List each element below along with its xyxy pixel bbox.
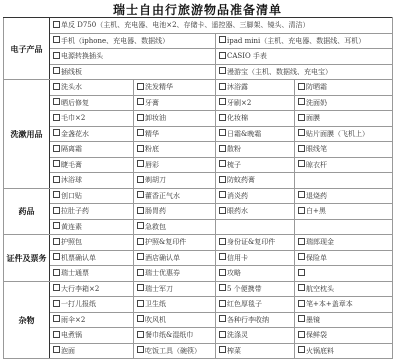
- item-label: 白+黑: [306, 207, 326, 215]
- item-label: 退烧药: [306, 192, 327, 200]
- item-label: 一打儿报纸: [61, 300, 96, 308]
- checkbox-icon[interactable]: [298, 284, 305, 291]
- checklist-row: 金盏花水精华日霜&晚霜贴片面膜（飞机上）: [4, 126, 393, 142]
- checkbox-icon[interactable]: [53, 36, 60, 43]
- checkbox-icon[interactable]: [53, 222, 60, 229]
- checklist-item[interactable]: 牙膏: [134, 95, 216, 111]
- checkbox-icon[interactable]: [298, 346, 305, 353]
- checklist-item[interactable]: 毛巾×2: [50, 111, 134, 127]
- checkbox-icon[interactable]: [137, 207, 144, 214]
- checkbox-icon[interactable]: [53, 331, 60, 338]
- item-label: 笔+本+盖章本: [306, 300, 353, 308]
- item-label: 大行李箱×2: [61, 285, 99, 293]
- category-label: 证件及票务: [4, 235, 50, 282]
- item-label: 梳子: [227, 161, 241, 169]
- checkbox-icon[interactable]: [219, 207, 226, 214]
- checkbox-icon[interactable]: [137, 300, 144, 307]
- item-label: ipad mini（主机、充电器、数据线、耳机）: [227, 37, 365, 45]
- checkbox-icon[interactable]: [298, 253, 305, 260]
- checkbox-icon[interactable]: [298, 191, 305, 198]
- item-label: 精华: [145, 130, 159, 138]
- item-label: 卫生纸: [145, 300, 166, 308]
- checklist-item: [216, 219, 295, 235]
- item-label: 泡面: [61, 347, 75, 355]
- checkbox-icon[interactable]: [219, 67, 226, 74]
- checklist-item[interactable]: 信用卡: [216, 250, 295, 266]
- checkbox-icon[interactable]: [219, 145, 226, 152]
- checklist-item[interactable]: 肠胃药: [134, 204, 216, 220]
- item-label: 手机（iphone、充电器、数据线）: [61, 37, 169, 45]
- checklist-row: 证件及票务护照包护照&复印件身份证&复印件瑞郎现金: [4, 235, 393, 251]
- checkbox-icon[interactable]: [219, 284, 226, 291]
- checkbox-icon[interactable]: [53, 191, 60, 198]
- item-label: 电煮锅: [61, 331, 82, 339]
- checklist-item[interactable]: [295, 266, 393, 282]
- checklist-item[interactable]: 漫游宝（主机、数据线、充电宝）: [216, 64, 393, 80]
- checklist-item[interactable]: 牙刷×2: [216, 95, 295, 111]
- checklist-row: 睫毛膏唇彩梳子晾衣杆: [4, 157, 393, 173]
- checkbox-icon[interactable]: [137, 284, 144, 291]
- checklist-item[interactable]: 保鲜袋: [295, 328, 393, 344]
- checkbox-icon[interactable]: [298, 98, 305, 105]
- checklist-item[interactable]: 睫毛膏: [50, 157, 134, 173]
- item-label: 电源转换插头: [61, 52, 103, 60]
- item-label: 眼线笔: [306, 145, 327, 153]
- item-label: 贴片面膜（飞机上）: [306, 130, 369, 138]
- checkbox-icon[interactable]: [53, 129, 60, 136]
- checklist-row: 沐浴球剃胡刀防蚊药膏: [4, 173, 393, 189]
- checkbox-icon[interactable]: [137, 238, 144, 245]
- checklist-row: 电子产品单反 D750（主机、充电器、电池×2、存储卡、遥控器、三脚架、镜头、清…: [4, 18, 393, 34]
- checkbox-icon[interactable]: [298, 83, 305, 90]
- item-label: 护照包: [61, 238, 82, 246]
- checkbox-icon[interactable]: [137, 331, 144, 338]
- checkbox-icon[interactable]: [298, 129, 305, 136]
- checkbox-icon[interactable]: [53, 207, 60, 214]
- checkbox-icon[interactable]: [219, 238, 226, 245]
- checklist-row: 电源转换插头CASIO 手表: [4, 49, 393, 65]
- checklist-item[interactable]: 洗面奶: [295, 95, 393, 111]
- checkbox-icon[interactable]: [53, 67, 60, 74]
- checklist-item[interactable]: 笔+本+盖章本: [295, 297, 393, 313]
- checklist-item[interactable]: 一打儿报纸: [50, 297, 134, 313]
- item-label: 雨伞×2: [61, 316, 85, 324]
- checklist-item[interactable]: 餐巾纸&湿纸巾: [134, 328, 216, 344]
- checkbox-icon[interactable]: [137, 346, 144, 353]
- checkbox-icon[interactable]: [53, 114, 60, 121]
- item-label: 金盏花水: [61, 130, 89, 138]
- item-label: 保鲜袋: [306, 331, 327, 339]
- checklist-item[interactable]: 手机（iphone、充电器、数据线）: [50, 33, 216, 49]
- checkbox-icon[interactable]: [53, 346, 60, 353]
- category-label: 杂物: [4, 281, 50, 359]
- checklist-item[interactable]: 吃饭工具（碗筷）: [134, 343, 216, 359]
- item-label: 藿香正气水: [145, 192, 180, 200]
- checklist-item[interactable]: 急救包: [134, 219, 216, 235]
- item-label: 榨菜: [227, 347, 241, 355]
- checklist-item[interactable]: 防晒霜: [295, 80, 393, 96]
- item-label: 吃饭工具（碗筷）: [145, 347, 201, 355]
- checkbox-icon[interactable]: [137, 315, 144, 322]
- checklist-item[interactable]: 单反 D750（主机、充电器、电池×2、存储卡、遥控器、三脚架、镜头、清洁）: [50, 18, 393, 34]
- checkbox-icon[interactable]: [219, 83, 226, 90]
- category-label: 洗漱用品: [4, 80, 50, 189]
- checklist-item[interactable]: 酒店确认单: [134, 250, 216, 266]
- item-label: 沐浴露: [227, 83, 248, 91]
- item-label: 牙刷×2: [227, 99, 251, 107]
- checklist-item[interactable]: 晒后修复: [50, 95, 134, 111]
- checklist-item[interactable]: 隔离霜: [50, 142, 134, 158]
- checklist-row: 一打儿报纸卫生纸红色厚毯子笔+本+盖章本: [4, 297, 393, 313]
- checklist-row: 药品创口贴藿香正气水消炎药退烧药: [4, 188, 393, 204]
- checklist-item[interactable]: 拉肚子药: [50, 204, 134, 220]
- checklist-table: 电子产品单反 D750（主机、充电器、电池×2、存储卡、遥控器、三脚架、镜头、清…: [3, 17, 393, 359]
- item-label: 瑞士优惠券: [145, 269, 180, 277]
- checklist-item[interactable]: 粉底: [134, 142, 216, 158]
- item-label: 防晒霜: [306, 83, 327, 91]
- checklist-item[interactable]: 榨菜: [216, 343, 295, 359]
- item-label: 面膜: [306, 114, 320, 122]
- checkbox-icon[interactable]: [53, 284, 60, 291]
- item-label: 火锅底料: [306, 347, 334, 355]
- checklist-item[interactable]: 金盏花水: [50, 126, 134, 142]
- checklist-item[interactable]: 电源转换插头: [50, 49, 216, 65]
- checkbox-icon[interactable]: [219, 36, 226, 43]
- item-label: 机票确认单: [61, 254, 96, 262]
- checkbox-icon[interactable]: [219, 52, 226, 59]
- checklist-row: 洗漱用品洗头水洗发精华沐浴露防晒霜: [4, 80, 393, 96]
- checklist-row: 拉肚子药肠胃药眼药水白+黑: [4, 204, 393, 220]
- checklist-item[interactable]: 护照&复印件: [134, 235, 216, 251]
- item-label: 瑞士军刀: [145, 285, 173, 293]
- checklist-item[interactable]: 攻略: [216, 266, 295, 282]
- checklist-item[interactable]: 白+黑: [295, 204, 393, 220]
- checklist-item[interactable]: 精华: [134, 126, 216, 142]
- item-label: 洗发精华: [145, 83, 173, 91]
- checklist-item[interactable]: 散粉: [216, 142, 295, 158]
- checkbox-icon[interactable]: [298, 300, 305, 307]
- checklist-item[interactable]: 创口贴: [50, 188, 134, 204]
- item-label: 拉肚子药: [61, 207, 89, 215]
- item-label: 黄连素: [61, 223, 82, 231]
- checklist-item[interactable]: 火锅底料: [295, 343, 393, 359]
- checklist-item[interactable]: 泡面: [50, 343, 134, 359]
- item-label: 信用卡: [227, 254, 248, 262]
- checkbox-icon[interactable]: [53, 98, 60, 105]
- checklist-item[interactable]: 雨伞×2: [50, 312, 134, 328]
- checkbox-icon[interactable]: [219, 315, 226, 322]
- checklist-item[interactable]: 红色厚毯子: [216, 297, 295, 313]
- item-label: 卸妆油: [145, 114, 166, 122]
- checkbox-icon[interactable]: [137, 129, 144, 136]
- item-label: 保险单: [306, 254, 327, 262]
- checkbox-icon[interactable]: [53, 160, 60, 167]
- checkbox-icon[interactable]: [219, 191, 226, 198]
- checklist-item[interactable]: 保险单: [295, 250, 393, 266]
- checkbox-icon[interactable]: [137, 98, 144, 105]
- checkbox-icon[interactable]: [137, 191, 144, 198]
- checklist-item[interactable]: 航空枕头: [295, 281, 393, 297]
- item-label: 酒店确认单: [145, 254, 180, 262]
- checklist-item[interactable]: 洗涤灵: [216, 328, 295, 344]
- checklist-row: 黄连素急救包: [4, 219, 393, 235]
- checkbox-icon[interactable]: [53, 176, 60, 183]
- checklist-item[interactable]: 沐浴露: [216, 80, 295, 96]
- item-label: 日霜&晚霜: [227, 130, 261, 138]
- checklist-item[interactable]: 瑞士优惠券: [134, 266, 216, 282]
- checkbox-icon[interactable]: [298, 315, 305, 322]
- checklist-item[interactable]: 贴片面膜（飞机上）: [295, 126, 393, 142]
- checklist-row: 毛巾×2卸妆油化妆棉面膜: [4, 111, 393, 127]
- checkbox-icon[interactable]: [137, 176, 144, 183]
- item-label: 眼药水: [227, 207, 248, 215]
- checklist-item[interactable]: CASIO 手表: [216, 49, 393, 65]
- checklist-row: 手机（iphone、充电器、数据线）ipad mini（主机、充电器、数据线、耳…: [4, 33, 393, 49]
- page-title: 瑞士自由行旅游物品准备清单: [0, 1, 395, 18]
- item-label: 肠胃药: [145, 207, 166, 215]
- checklist-row: 瑞士通票瑞士优惠券攻略: [4, 266, 393, 282]
- checkbox-icon[interactable]: [219, 160, 226, 167]
- checklist-row: 泡面吃饭工具（碗筷）榨菜火锅底料: [4, 343, 393, 359]
- item-label: 墨镜: [306, 316, 320, 324]
- checklist-item[interactable]: 眼线笔: [295, 142, 393, 158]
- item-label: 沐浴球: [61, 176, 82, 184]
- item-label: 晾衣杆: [306, 161, 327, 169]
- checklist-item[interactable]: 洗发精华: [134, 80, 216, 96]
- checklist-item[interactable]: 身份证&复印件: [216, 235, 295, 251]
- item-label: 化妆棉: [227, 114, 248, 122]
- item-label: 洗面奶: [306, 99, 327, 107]
- checklist-item[interactable]: 机票确认单: [50, 250, 134, 266]
- checkbox-icon[interactable]: [53, 52, 60, 59]
- item-label: 航空枕头: [306, 285, 334, 293]
- item-label: 防蚊药膏: [227, 176, 255, 184]
- checkbox-icon[interactable]: [219, 346, 226, 353]
- item-label: 各种行李收纳: [227, 316, 269, 324]
- item-label: 晒后修复: [61, 99, 89, 107]
- checkbox-icon[interactable]: [219, 300, 226, 307]
- checkbox-icon[interactable]: [137, 253, 144, 260]
- checkbox-icon[interactable]: [53, 238, 60, 245]
- checklist-item[interactable]: 墨镜: [295, 312, 393, 328]
- checklist-item[interactable]: 插线板: [50, 64, 216, 80]
- checklist-item[interactable]: 大行李箱×2: [50, 281, 134, 297]
- item-label: 粉底: [145, 145, 159, 153]
- checkbox-icon[interactable]: [219, 253, 226, 260]
- checklist-item[interactable]: 剃胡刀: [134, 173, 216, 189]
- checkbox-icon[interactable]: [53, 145, 60, 152]
- checkbox-icon[interactable]: [298, 114, 305, 121]
- checklist-item[interactable]: 沐浴球: [50, 173, 134, 189]
- checklist-row: 雨伞×2吹风机各种行李收纳墨镜: [4, 312, 393, 328]
- checkbox-icon[interactable]: [53, 83, 60, 90]
- checklist-row: 隔离霜粉底散粉眼线笔: [4, 142, 393, 158]
- checklist-item[interactable]: 黄连素: [50, 219, 134, 235]
- checkbox-icon[interactable]: [137, 145, 144, 152]
- item-label: 剃胡刀: [145, 176, 166, 184]
- checkbox-icon[interactable]: [53, 253, 60, 260]
- checklist-item[interactable]: 5 个便携带: [216, 281, 295, 297]
- item-label: 5 个便携带: [227, 285, 262, 293]
- checklist-row: 杂物大行李箱×2瑞士军刀5 个便携带航空枕头: [4, 281, 393, 297]
- item-label: 吹风机: [145, 316, 166, 324]
- checklist-item[interactable]: 各种行李收纳: [216, 312, 295, 328]
- item-label: 插线板: [61, 68, 82, 76]
- checklist-item[interactable]: 护照包: [50, 235, 134, 251]
- checkbox-icon[interactable]: [219, 331, 226, 338]
- checklist-item[interactable]: ipad mini（主机、充电器、数据线、耳机）: [216, 33, 393, 49]
- checkbox-icon[interactable]: [219, 114, 226, 121]
- item-label: 隔离霜: [61, 145, 82, 153]
- checkbox-icon[interactable]: [137, 114, 144, 121]
- checklist-item[interactable]: 面膜: [295, 111, 393, 127]
- checklist-item[interactable]: 防蚊药膏: [216, 173, 295, 189]
- checklist-row: 插线板漫游宝（主机、数据线、充电宝）: [4, 64, 393, 80]
- category-label: 药品: [4, 188, 50, 235]
- item-label: CASIO 手表: [227, 52, 267, 60]
- item-label: 洗头水: [61, 83, 82, 91]
- checklist-item[interactable]: 日霜&晚霜: [216, 126, 295, 142]
- item-label: 攻略: [227, 269, 241, 277]
- checklist-item[interactable]: 梳子: [216, 157, 295, 173]
- checklist-item[interactable]: 卫生纸: [134, 297, 216, 313]
- checklist-item[interactable]: 藿香正气水: [134, 188, 216, 204]
- item-label: 瑞郎现金: [306, 238, 334, 246]
- checklist-item[interactable]: 洗头水: [50, 80, 134, 96]
- checklist-item: [295, 219, 393, 235]
- item-label: 散粉: [227, 145, 241, 153]
- checkbox-icon[interactable]: [137, 269, 144, 276]
- checkbox-icon[interactable]: [298, 238, 305, 245]
- checklist-item[interactable]: 退烧药: [295, 188, 393, 204]
- checklist-item[interactable]: 瑞士军刀: [134, 281, 216, 297]
- checkbox-icon[interactable]: [219, 176, 226, 183]
- checklist-item[interactable]: 瑞士通票: [50, 266, 134, 282]
- category-label: 电子产品: [4, 18, 50, 80]
- item-label: 洗涤灵: [227, 331, 248, 339]
- checklist-item[interactable]: 晾衣杆: [295, 157, 393, 173]
- checkbox-icon[interactable]: [219, 129, 226, 136]
- checklist-item[interactable]: 眼药水: [216, 204, 295, 220]
- checkbox-icon[interactable]: [137, 83, 144, 90]
- item-label: 漫游宝（主机、数据线、充电宝）: [227, 68, 332, 76]
- item-label: 创口贴: [61, 192, 82, 200]
- checklist-item[interactable]: 卸妆油: [134, 111, 216, 127]
- item-label: 睫毛膏: [61, 161, 82, 169]
- checkbox-icon[interactable]: [298, 331, 305, 338]
- checkbox-icon[interactable]: [53, 21, 60, 28]
- checkbox-icon[interactable]: [298, 269, 305, 276]
- item-label: 唇彩: [145, 161, 159, 169]
- checkbox-icon[interactable]: [298, 207, 305, 214]
- checkbox-icon[interactable]: [219, 98, 226, 105]
- checkbox-icon[interactable]: [137, 160, 144, 167]
- item-label: 红色厚毯子: [227, 300, 262, 308]
- item-label: 瑞士通票: [61, 269, 89, 277]
- checklist-item[interactable]: 化妆棉: [216, 111, 295, 127]
- item-label: 毛巾×2: [61, 114, 85, 122]
- checkbox-icon[interactable]: [53, 269, 60, 276]
- checklist-row: 晒后修复牙膏牙刷×2洗面奶: [4, 95, 393, 111]
- checklist-item[interactable]: 唇彩: [134, 157, 216, 173]
- item-label: 消炎药: [227, 192, 248, 200]
- item-label: 单反 D750（主机、充电器、电池×2、存储卡、遥控器、三脚架、镜头、清洁）: [61, 21, 310, 29]
- item-label: 急救包: [145, 223, 166, 231]
- checkbox-icon[interactable]: [137, 222, 144, 229]
- checkbox-icon[interactable]: [298, 160, 305, 167]
- checklist-item[interactable]: 吹风机: [134, 312, 216, 328]
- checklist-item[interactable]: 消炎药: [216, 188, 295, 204]
- item-label: 餐巾纸&湿纸巾: [145, 331, 193, 339]
- checklist-item: [295, 173, 393, 189]
- checklist-row: 电煮锅餐巾纸&湿纸巾洗涤灵保鲜袋: [4, 328, 393, 344]
- checkbox-icon[interactable]: [53, 315, 60, 322]
- checkbox-icon[interactable]: [298, 145, 305, 152]
- checkbox-icon[interactable]: [219, 269, 226, 276]
- checklist-row: 机票确认单酒店确认单信用卡保险单: [4, 250, 393, 266]
- item-label: 护照&复印件: [145, 238, 186, 246]
- checklist-item[interactable]: 电煮锅: [50, 328, 134, 344]
- item-label: 牙膏: [145, 99, 159, 107]
- item-label: 身份证&复印件: [227, 238, 275, 246]
- checkbox-icon[interactable]: [53, 300, 60, 307]
- checklist-item[interactable]: 瑞郎现金: [295, 235, 393, 251]
